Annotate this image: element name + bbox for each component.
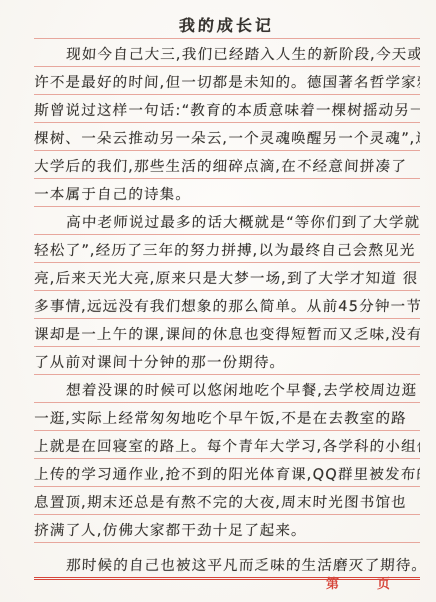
essay-line-text: 想着没课的时候可以悠闲地吃个早餐,去学校周边逛 <box>34 384 418 403</box>
essay-line: 上传的学习通作业,抢不到的阳光体育课,QQ群里被发布的消 <box>34 459 420 487</box>
essay-line-text: 大学后的我们,那些生活的细碎点滴,在不经意间拼凑了 <box>34 160 407 179</box>
essay-line-text: 上传的学习通作业,抢不到的阳光体育课,QQ群里被发布的消 <box>34 468 420 487</box>
title-row: 我的成长记 <box>34 8 420 39</box>
essay-line: 想着没课的时候可以悠闲地吃个早餐,去学校周边逛 <box>34 375 420 403</box>
essay-line: 上就是在回寝室的路上。每个青年大学习,各学科的小组作业, <box>34 431 420 459</box>
page-number-suffix: 页 <box>377 573 390 592</box>
essay-line: 息置顶,期末还总是有熬不完的大夜,周末时光图书馆也 <box>34 487 420 515</box>
essay-line-text: 挤满了人,仿佛大家都干劲十足了起来。 <box>34 524 307 543</box>
essay-line-text: 许不是最好的时间,但一切都是未知的。德国著名哲学家雅斯贝尔 <box>34 76 420 95</box>
letter-paper: 我的成长记 现如今自己大三,我们已经踏入人生的新阶段,今天或许不是最好的时间,但… <box>0 0 436 602</box>
essay-line-text: 课却是一上午的课,课间的休息也变得短暂而又乏味,没有 <box>34 328 420 347</box>
essay-line-text: 高中老师说过最多的话大概就是“等你们到了大学就 <box>34 216 420 235</box>
essay-title: 我的成长记 <box>179 13 275 36</box>
essay-line-text: 多事情,远远没有我们想象的那么简单。从前45分钟一节 <box>34 300 420 319</box>
essay-line: 现如今自己大三,我们已经踏入人生的新阶段,今天或 <box>34 39 420 67</box>
essay-line: 高中老师说过最多的话大概就是“等你们到了大学就 <box>34 207 420 235</box>
essay-line-text: 斯曾说过这样一句话:“教育的本质意味着一棵树摇动另一 <box>34 104 420 123</box>
essay-line: 了从前对课间十分钟的那一份期待。 <box>34 347 420 375</box>
essay-line-text: 现如今自己大三,我们已经踏入人生的新阶段,今天或 <box>34 48 420 67</box>
essay-line: 课却是一上午的课,课间的休息也变得短暂而又乏味,没有 <box>34 319 420 347</box>
essay-line-text: 一逛,实际上经常匆匆地吃个早午饭,不是在去教室的路 <box>34 412 407 431</box>
page-footer: 第 页 <box>0 573 390 592</box>
essay-line-text: 息置顶,期末还总是有熬不完的大夜,周末时光图书馆也 <box>34 496 407 515</box>
essay-line: 挤满了人,仿佛大家都干劲十足了起来。 <box>34 515 420 543</box>
page-number-prefix: 第 <box>326 573 339 592</box>
essay-line: 棵树、一朵云推动另一朵云,一个灵魂唤醒另一个灵魂”,进入 <box>34 123 420 151</box>
essay-line: 一逛,实际上经常匆匆地吃个早午饭,不是在去教室的路 <box>34 403 420 431</box>
essay-line: 亮,后来天光大亮,原来只是大梦一场,到了大学才知道 很 <box>34 263 420 291</box>
essay-line: 大学后的我们,那些生活的细碎点滴,在不经意间拼凑了 <box>34 151 420 179</box>
essay-line-text: 轻松了”,经历了三年的努力拼搏,以为最终自己会熬见光 <box>34 244 416 263</box>
essay-line-text: 棵树、一朵云推动另一朵云,一个灵魂唤醒另一个灵魂”,进入 <box>34 132 420 151</box>
essay-line-text: 上就是在回寝室的路上。每个青年大学习,各学科的小组作业, <box>34 440 420 459</box>
essay-line: 多事情,远远没有我们想象的那么简单。从前45分钟一节 <box>34 291 420 319</box>
essay-line: 一本属于自己的诗集。 <box>34 179 420 207</box>
essay-line: 轻松了”,经历了三年的努力拼搏,以为最终自己会熬见光 <box>34 235 420 263</box>
essay-line: 许不是最好的时间,但一切都是未知的。德国著名哲学家雅斯贝尔 <box>34 67 420 95</box>
essay-line: 斯曾说过这样一句话:“教育的本质意味着一棵树摇动另一 <box>34 95 420 123</box>
essay-body: 现如今自己大三,我们已经踏入人生的新阶段,今天或许不是最好的时间,但一切都是未知… <box>34 39 420 580</box>
essay-line-text: 了从前对课间十分钟的那一份期待。 <box>34 356 286 375</box>
essay-line-text: 一本属于自己的诗集。 <box>34 188 191 207</box>
essay-line-text: 亮,后来天光大亮,原来只是大梦一场,到了大学才知道 很 <box>34 272 419 291</box>
